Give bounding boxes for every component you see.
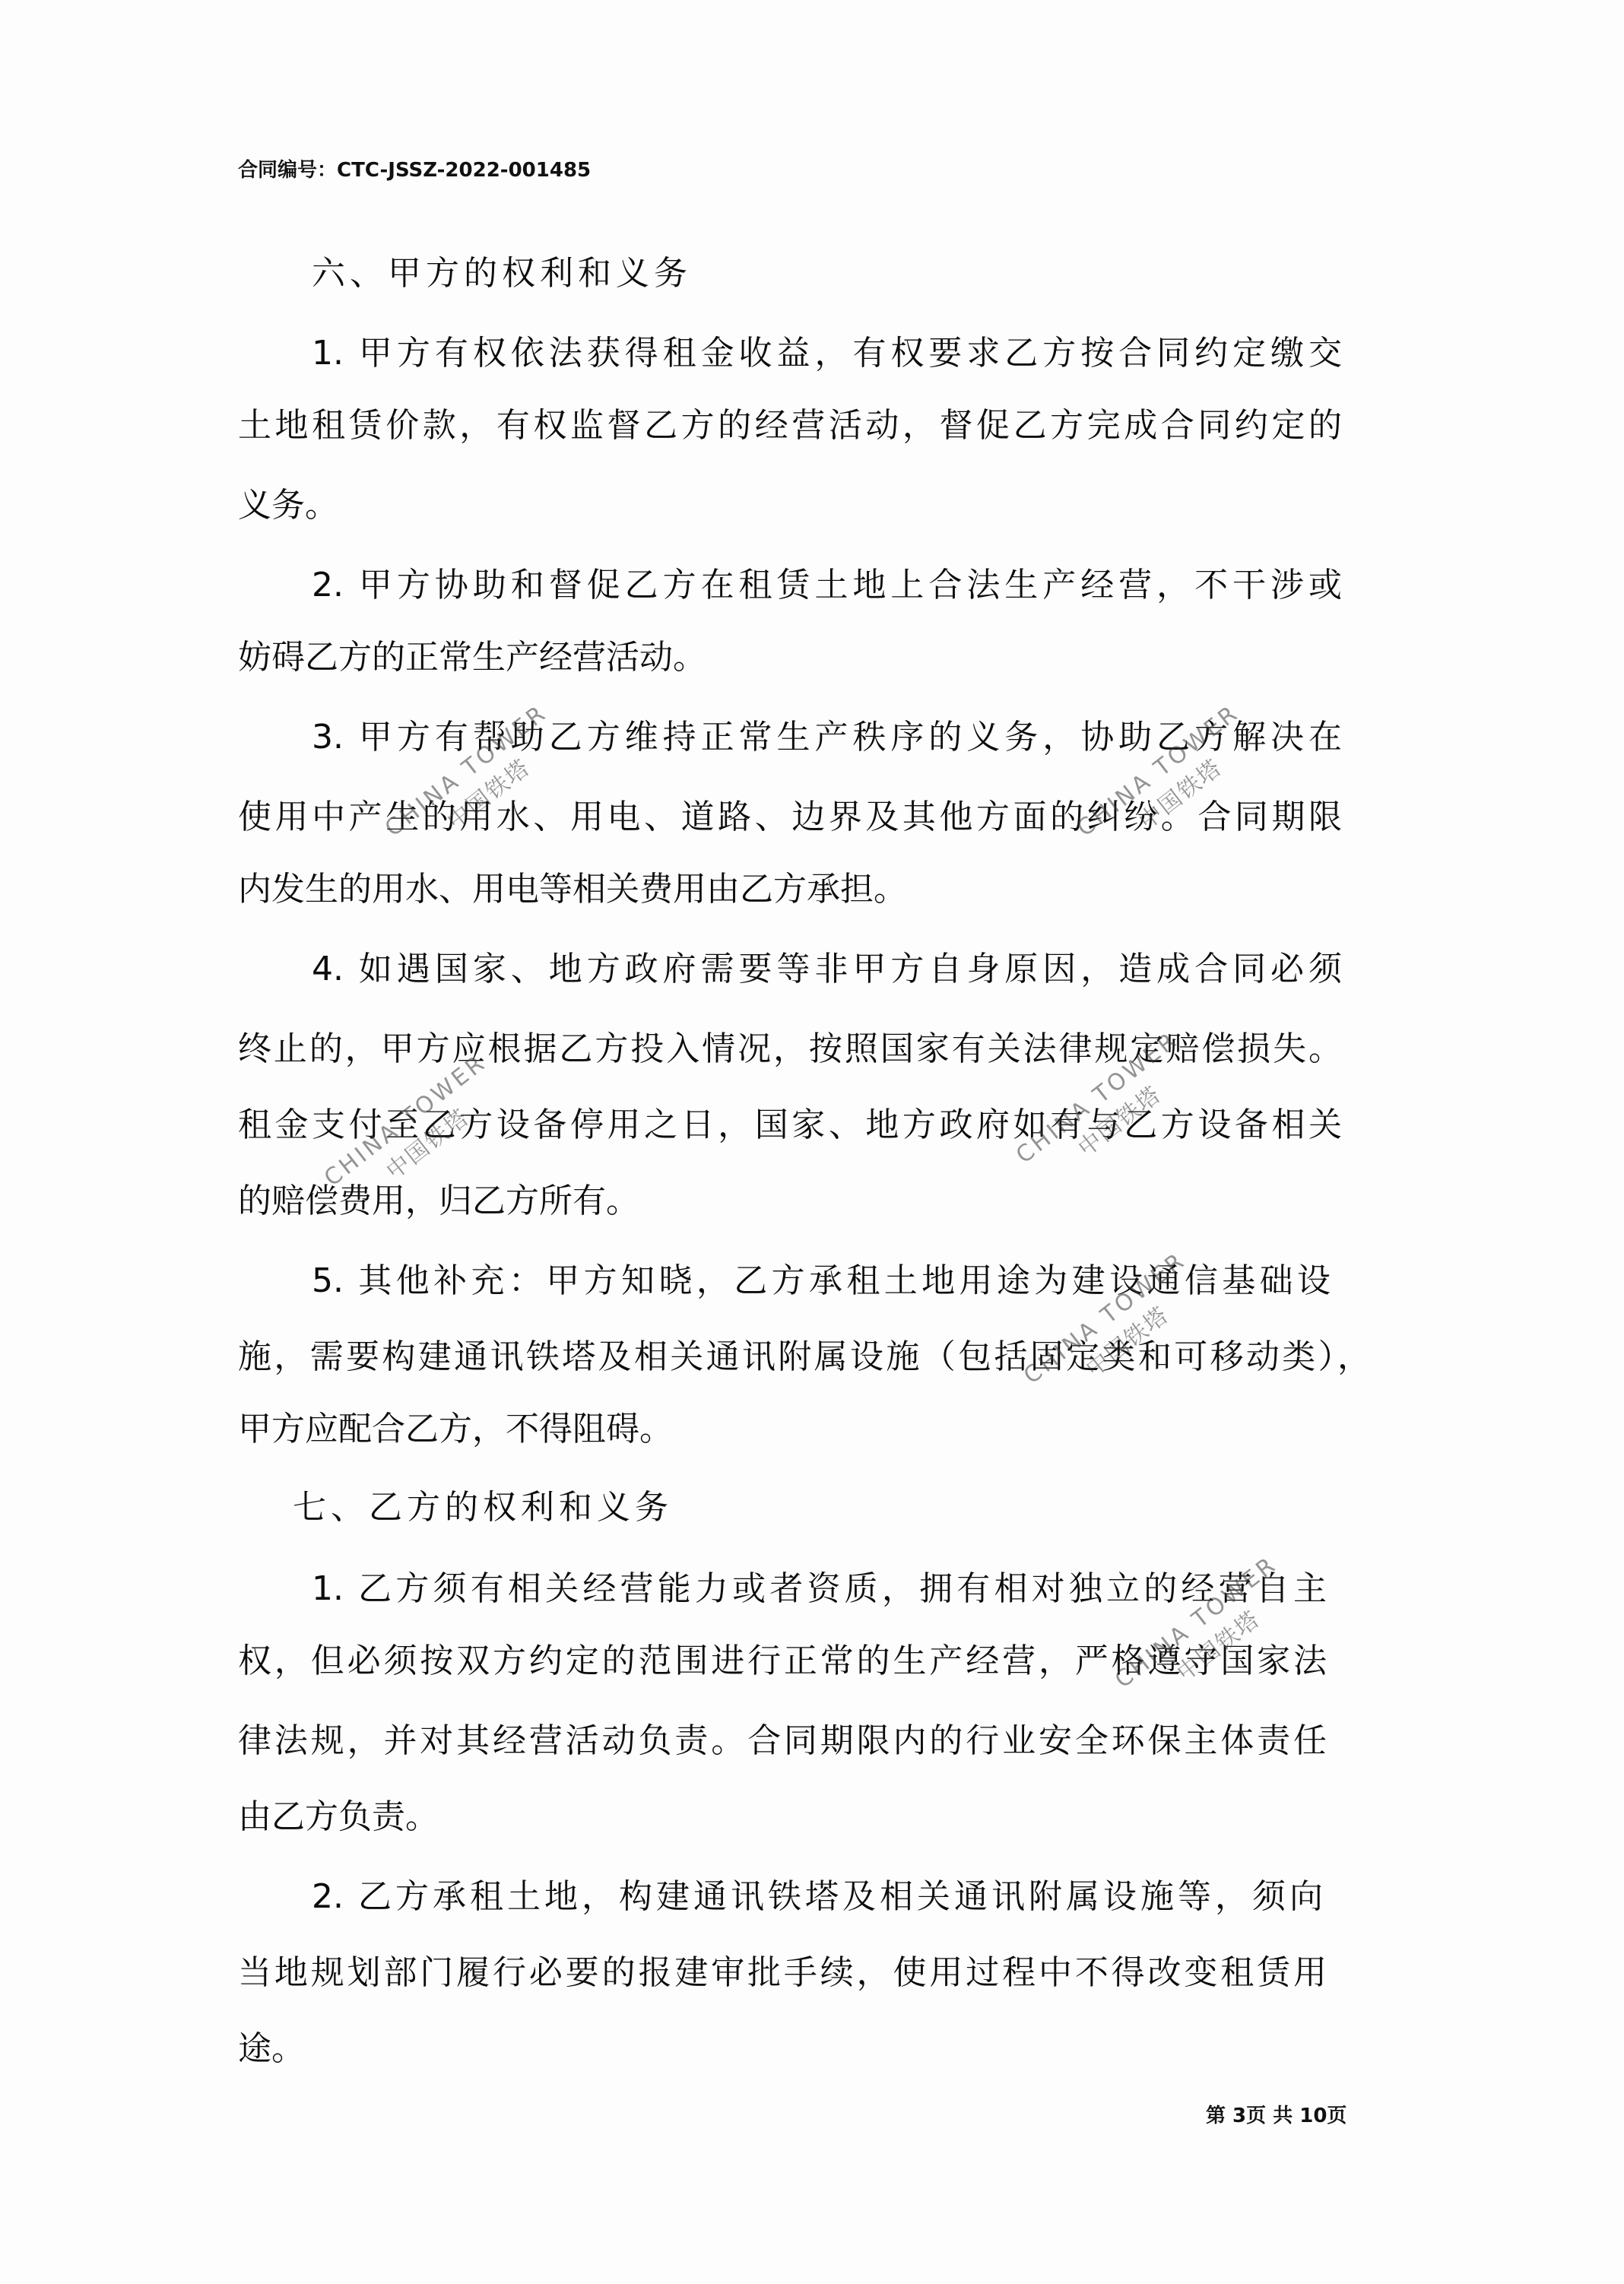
document-page: 合同编号：CTC-JSSZ-2022-001485 六、甲方的权利和义务 1. …: [0, 0, 1624, 2284]
text-line: 权，但必须按双方约定的范围进行正常的生产经营，严格遵守国家法: [238, 1640, 1327, 1683]
text-line: 甲方应配合乙方，不得阻碍。: [238, 1408, 1342, 1451]
section-heading-seven: 七、乙方的权利和义务: [293, 1486, 673, 1529]
contract-number: 合同编号：CTC-JSSZ-2022-001485: [238, 154, 591, 182]
text-line: 途。: [238, 2028, 1342, 2070]
text-line: 租金支付至乙方设备停用之日，国家、地方政府如有与乙方设备相关: [238, 1104, 1342, 1147]
text-line: 土地租赁价款，有权监督乙方的经营活动，督促乙方完成合同约定的: [238, 404, 1342, 447]
text-line: 施，需要构建通讯铁塔及相关通讯附属设施（包括固定类和可移动类），: [238, 1336, 1371, 1378]
text-line: 终止的，甲方应根据乙方投入情况，按照国家有关法律规定赔偿损失。: [238, 1028, 1342, 1071]
text-line: 2. 乙方承租土地，构建通讯铁塔及相关通讯附属设施等，须向: [312, 1876, 1323, 1918]
page-number: 第 3页 共 10页: [1206, 2100, 1346, 2128]
text-line: 律法规，并对其经营活动负责。合同期限内的行业安全环保主体责任: [238, 1720, 1327, 1762]
text-line: 由乙方负责。: [238, 1796, 1342, 1838]
text-line: 的赔偿费用，归乙方所有。: [238, 1180, 1342, 1223]
text-line: 1. 甲方有权依法获得租金收益，有权要求乙方按合同约定缴交: [312, 332, 1342, 375]
text-line: 内发生的用水、用电等相关费用由乙方承担。: [238, 868, 1342, 911]
text-line: 3. 甲方有帮助乙方维持正常生产秩序的义务，协助乙方解决在: [312, 716, 1342, 759]
text-line: 2. 甲方协助和督促乙方在租赁土地上合法生产经营，不干涉或: [312, 564, 1342, 607]
text-line: 5. 其他补充：甲方知晓，乙方承租土地用途为建设通信基础设: [312, 1260, 1331, 1302]
text-line: 1. 乙方须有相关经营能力或者资质，拥有相对独立的经营自主: [312, 1568, 1327, 1610]
section-heading-six: 六、甲方的权利和义务: [312, 252, 692, 295]
text-line: 使用中产生的用水、用电、道路、边界及其他方面的纠纷。合同期限: [238, 796, 1342, 839]
text-line: 当地规划部门履行必要的报建审批手续，使用过程中不得改变租赁用: [238, 1952, 1327, 1994]
text-line: 义务。: [238, 484, 1342, 527]
text-line: 妨碍乙方的正常生产经营活动。: [238, 636, 1342, 679]
text-line: 4. 如遇国家、地方政府需要等非甲方自身原因，造成合同必须: [312, 948, 1342, 991]
